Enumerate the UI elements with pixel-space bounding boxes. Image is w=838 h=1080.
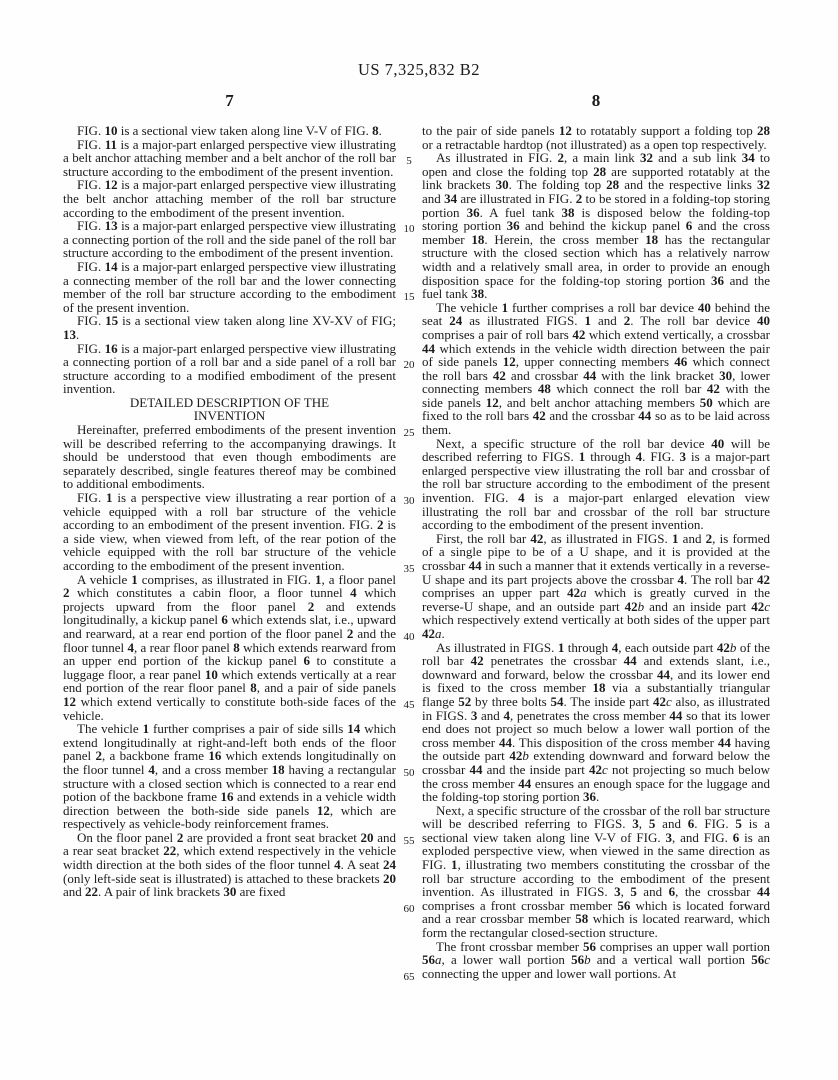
paragraph-crossbar-structure: Next, a specific structure of the crossb… (422, 804, 770, 940)
line-number: 25 (404, 427, 415, 439)
line-number: 50 (404, 767, 415, 779)
paragraph-roll-bar-device: The vehicle 1 further comprises a roll b… (422, 301, 770, 437)
patent-number-header: US 7,325,832 B2 (0, 60, 838, 80)
paragraph-fig14: FIG. 14 is a major-part enlarged perspec… (63, 260, 396, 314)
line-number: 35 (404, 563, 415, 575)
left-column-page-number: 7 (63, 91, 396, 111)
line-number: 10 (404, 223, 415, 235)
section-heading-line1: DETAILED DESCRIPTION OF THE (63, 396, 396, 410)
paragraph-front-crossbar-member: The front crossbar member 56 comprises a… (422, 940, 770, 981)
line-number: 65 (404, 971, 415, 983)
line-number: 15 (404, 291, 415, 303)
paragraph-fig1-fig2-overview: FIG. 1 is a perspective view illustratin… (63, 491, 396, 573)
line-number: 55 (404, 835, 415, 847)
patent-page: US 7,325,832 B2 7 8 5 10 15 20 25 30 35 … (0, 0, 838, 1080)
paragraph-vehicle-comprises: A vehicle 1 comprises, as illustrated in… (63, 573, 396, 723)
paragraph-main-link: As illustrated in FIG. 2, a main link 32… (422, 151, 770, 301)
paragraph-outside-part: As illustrated in FIGS. 1 through 4, eac… (422, 641, 770, 804)
line-number-gutter: 5 10 15 20 25 30 35 40 45 50 55 60 65 (395, 155, 423, 983)
paragraph-fig15: FIG. 15 is a sectional view taken along … (63, 314, 396, 341)
line-number: 40 (404, 631, 415, 643)
paragraph-specific-structure-roll-bar: Next, a specific structure of the roll b… (422, 437, 770, 532)
line-number: 20 (404, 359, 415, 371)
paragraph-roll-bar-u-shape: First, the roll bar 42, as illustrated i… (422, 532, 770, 641)
right-column-page-number: 8 (422, 91, 770, 111)
paragraph-fig13: FIG. 13 is a major-part enlarged perspec… (63, 219, 396, 260)
paragraph-continuation: to the pair of side panels 12 to rotatab… (422, 124, 770, 151)
paragraph-fig10: FIG. 10 is a sectional view taken along … (63, 124, 396, 138)
left-column: FIG. 10 is a sectional view taken along … (63, 124, 396, 899)
right-column: to the pair of side panels 12 to rotatab… (422, 124, 770, 980)
line-number: 30 (404, 495, 415, 507)
line-number: 5 (406, 155, 412, 167)
line-number: 60 (404, 903, 415, 915)
paragraph-hereinafter: Hereinafter, preferred embodiments of th… (63, 423, 396, 491)
paragraph-vehicle-further-comprises: The vehicle 1 further comprises a pair o… (63, 722, 396, 831)
line-number: 45 (404, 699, 415, 711)
paragraph-floor-panel-brackets: On the floor panel 2 are provided a fron… (63, 831, 396, 899)
paragraph-fig12: FIG. 12 is a major-part enlarged perspec… (63, 178, 396, 219)
section-heading: DETAILED DESCRIPTION OF THE INVENTION (63, 396, 396, 423)
paragraph-fig16: FIG. 16 is a major-part enlarged perspec… (63, 342, 396, 396)
section-heading-line2: INVENTION (63, 409, 396, 423)
paragraph-fig11: FIG. 11 is a major-part enlarged perspec… (63, 138, 396, 179)
